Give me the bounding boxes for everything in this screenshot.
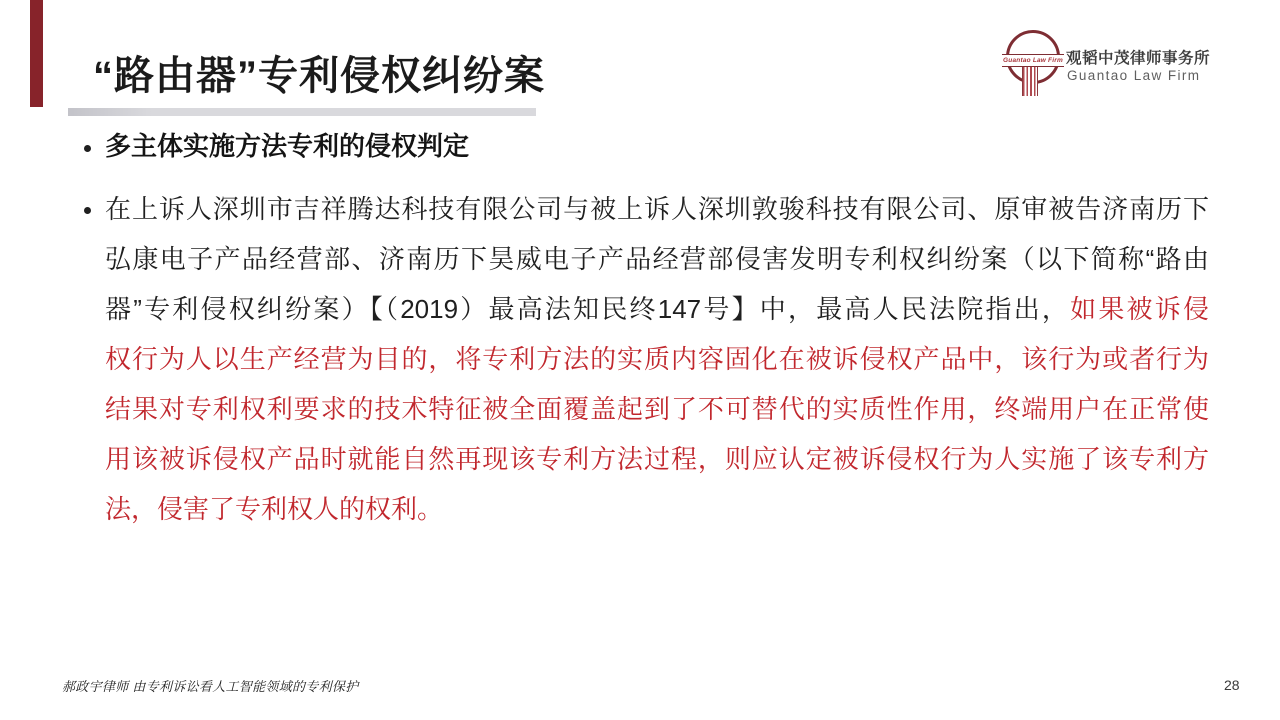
paragraph-line: 器”专利侵权纠纷案）【（2019）最高法知民终147号】中，最高人民法院指出，如… [105, 284, 1209, 334]
paragraph-text-red: 结果对专利权利要求的技术特征被全面覆盖起到了不可替代的实质性作用，终端用户在正常… [105, 394, 1209, 424]
paragraph-line: 法，侵害了专利权人的权利。 [105, 484, 1209, 534]
paragraph-text-red: 用该被诉侵权产品时就能自然再现该专利方法过程，则应认定被诉侵权行为人实施了该专利… [105, 444, 1209, 474]
page-title: “路由器”专利侵权纠纷案 [93, 52, 545, 100]
paragraph-text-black: 器”专利侵权纠纷案）【（2019）最高法知民终147号】中，最高人民法院指出， [105, 294, 1070, 324]
paragraph-line: 结果对专利权利要求的技术特征被全面覆盖起到了不可替代的实质性作用，终端用户在正常… [105, 384, 1209, 434]
paragraph-text-red: 法，侵害了专利权人的权利。 [105, 494, 443, 524]
paragraph-text-red: 如果被诉侵 [1070, 294, 1209, 324]
paragraph-line: 用该被诉侵权产品时就能自然再现该专利方法过程，则应认定被诉侵权行为人实施了该专利… [105, 434, 1209, 484]
paragraph-line: 权行为人以生产经营为目的，将专利方法的实质内容固化在被诉侵权产品中，该行为或者行… [105, 334, 1209, 384]
paragraph-line: 弘康电子产品经营部、济南历下昊威电子产品经营部侵害发明专利权纠纷案（以下简称“路… [105, 234, 1209, 284]
slide: “路由器”专利侵权纠纷案 Guantao Law Firm 观韬中茂律师事务所 … [0, 0, 1280, 720]
logo-seal-stripes-icon [1022, 67, 1038, 96]
accent-bar [30, 0, 43, 107]
logo-seal-text: Guantao Law Firm [1003, 57, 1063, 64]
footer-credit: 郝政宇律师 由专利诉讼看人工智能领域的专利保护 [62, 676, 359, 695]
firm-name-cn: 观韬中茂律师事务所 [1066, 46, 1210, 68]
paragraph-text-black: 弘康电子产品经营部、济南历下昊威电子产品经营部侵害发明专利权纠纷案（以下简称“路… [105, 244, 1209, 274]
paragraph-line: 在上诉人深圳市吉祥腾达科技有限公司与被上诉人深圳敦骏科技有限公司、原审被告济南历… [105, 184, 1209, 234]
bullet-heading: 多主体实施方法专利的侵权判定 [105, 129, 469, 163]
page-number: 28 [1224, 677, 1240, 693]
firm-name-en: Guantao Law Firm [1067, 68, 1200, 83]
bullet-dot [84, 145, 91, 152]
title-underline [68, 108, 536, 116]
logo-seal-band: Guantao Law Firm [1002, 54, 1064, 67]
bullet-dot [84, 207, 91, 214]
case-paragraph: 在上诉人深圳市吉祥腾达科技有限公司与被上诉人深圳敦骏科技有限公司、原审被告济南历… [105, 184, 1209, 534]
paragraph-text-black: 在上诉人深圳市吉祥腾达科技有限公司与被上诉人深圳敦骏科技有限公司、原审被告济南历… [105, 194, 1209, 224]
paragraph-text-red: 权行为人以生产经营为目的，将专利方法的实质内容固化在被诉侵权产品中，该行为或者行… [105, 344, 1209, 374]
